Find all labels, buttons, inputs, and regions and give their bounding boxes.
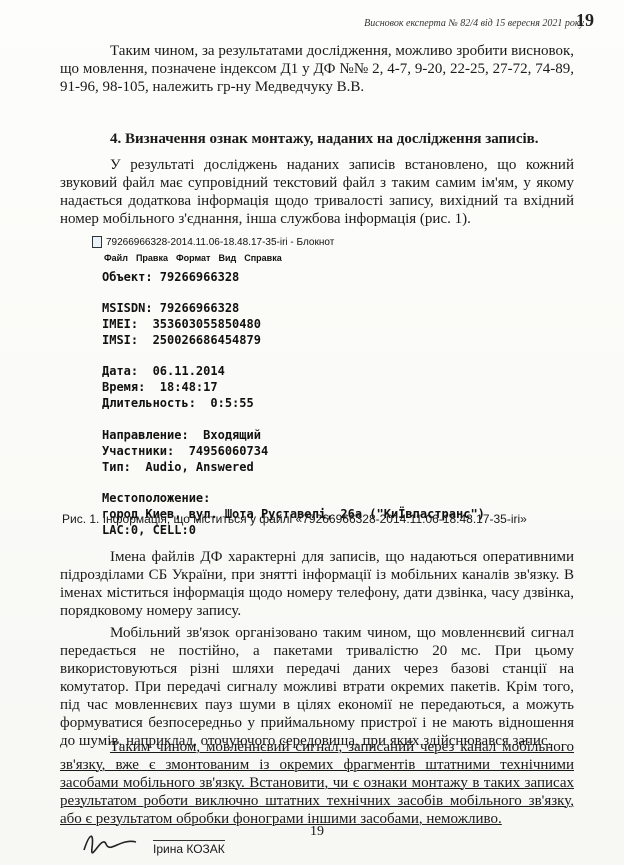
menu-view: Вид bbox=[218, 253, 236, 263]
notepad-title: 79266966328-2014.11.06-18.48.17-35-iri -… bbox=[106, 237, 334, 248]
menu-help: Справка bbox=[244, 253, 281, 263]
notepad-line: Местоположение: bbox=[102, 491, 210, 505]
document-page: Висновок експерта № 82/4 від 15 вересня … bbox=[0, 0, 624, 865]
signer-name: Ірина КОЗАК bbox=[153, 840, 225, 856]
notepad-line: IMSI: 250026686454879 bbox=[102, 333, 261, 347]
notepad-line: Длительность: 0:5:55 bbox=[102, 396, 254, 410]
paragraph-file-names: Імена файлів ДФ характерні для записів, … bbox=[60, 548, 574, 620]
paragraph-montage-conclusion: Таким чином, мовленнєвий сигнал, записан… bbox=[60, 738, 574, 828]
notepad-line: Тип: Audio, Answered bbox=[102, 460, 254, 474]
figure-caption: Рис. 1. Інформація, що міститься у файлі… bbox=[62, 512, 527, 526]
notepad-line: Дата: 06.11.2014 bbox=[102, 364, 225, 378]
section-heading: 4. Визначення ознак монтажу, наданих на … bbox=[110, 131, 539, 148]
notepad-menu-bar: Файл Правка Формат Вид Справка bbox=[104, 253, 282, 263]
menu-format: Формат bbox=[176, 253, 211, 263]
notepad-line: IMEI: 353603055850480 bbox=[102, 317, 261, 331]
notepad-icon bbox=[92, 236, 102, 248]
menu-edit: Правка bbox=[136, 253, 168, 263]
notepad-title-bar: 79266966328-2014.11.06-18.48.17-35-iri -… bbox=[92, 236, 334, 248]
notepad-line: Участники: 74956060734 bbox=[102, 444, 268, 458]
paragraph-conclusion: Таким чином, за результатами дослідження… bbox=[60, 42, 574, 96]
notepad-line: Время: 18:48:17 bbox=[102, 380, 218, 394]
notepad-line: MSISDN: 79266966328 bbox=[102, 301, 239, 315]
menu-file: Файл bbox=[104, 253, 128, 263]
page-number-top: 19 bbox=[576, 10, 594, 31]
expert-conclusion-reference: Висновок експерта № 82/4 від 15 вересня … bbox=[364, 18, 584, 29]
paragraph-mobile-connection: Мобільний зв'язок організовано таким чин… bbox=[60, 624, 574, 750]
notepad-line: Направление: Входящий bbox=[102, 428, 261, 442]
notepad-line: Объект: 79266966328 bbox=[102, 270, 239, 284]
signature-icon bbox=[80, 828, 140, 858]
page-number-bottom: 19 bbox=[310, 824, 324, 840]
paragraph-results: У результаті досліджень наданих записів … bbox=[60, 156, 574, 228]
